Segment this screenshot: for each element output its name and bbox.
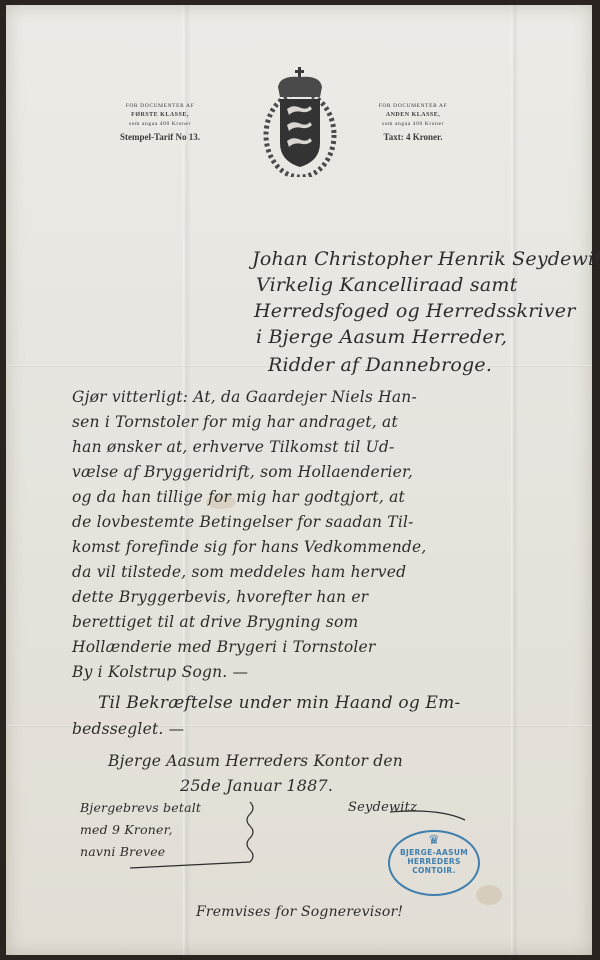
body-line: dette Bryggerbevis, hvorefter han er bbox=[72, 588, 368, 606]
seal-line: BJERGE-AASUM bbox=[390, 848, 478, 857]
official-seal-stamp: ♛ BJERGE-AASUM HERREDERS CONTOIR. bbox=[388, 830, 480, 896]
title-line: i Bjerge Aasum Herreder, bbox=[256, 326, 507, 348]
stamp-left-class: FØRSTE KLASSE, bbox=[110, 111, 210, 120]
title-line: Virkelig Kancelliraad samt bbox=[256, 274, 517, 296]
body-line: Gjør vitterligt: At, da Gaardejer Niels … bbox=[72, 388, 417, 406]
stamp-tax: Taxt: 4 Kroner. bbox=[358, 129, 468, 145]
title-line: Ridder af Dannebroge. bbox=[268, 354, 492, 376]
danish-coat-of-arms-icon bbox=[260, 65, 340, 177]
stamp-header-left: FOR DOCUMENTER AF FØRSTE KLASSE, som ang… bbox=[110, 102, 210, 145]
stamp-left-line1: FOR DOCUMENTER AF bbox=[110, 102, 210, 111]
stamp-right-class: ANDEN KLASSE, bbox=[358, 111, 468, 120]
seal-line: HERREDERS bbox=[390, 857, 478, 866]
title-line: Johan Christopher Henrik Seydewitz bbox=[252, 248, 600, 270]
body-line: og da han tillige for mig har godtgjort,… bbox=[72, 488, 405, 506]
stamp-right-line1: FOR DOCUMENTER AF bbox=[358, 102, 468, 111]
body-line: vælse af Bryggeridrift, som Hollaenderie… bbox=[72, 463, 413, 481]
body-line: da vil tilstede, som meddeles ham herved bbox=[72, 563, 406, 581]
title-line: Herredsfoged og Herredsskriver bbox=[254, 300, 575, 322]
seal-line: CONTOIR. bbox=[390, 866, 478, 875]
body-line: de lovbestemte Betingelser for saadan Ti… bbox=[72, 513, 414, 531]
attestation-line: bedsseglet. — bbox=[72, 720, 184, 738]
body-line: sen i Tornstoler for mig har andraget, a… bbox=[72, 413, 398, 431]
body-line: komst forefinde sig for hans Vedkommende… bbox=[72, 538, 427, 556]
stamp-header-right: FOR DOCUMENTER AF ANDEN KLASSE, som anga… bbox=[358, 102, 468, 145]
signature-flourish bbox=[340, 806, 470, 826]
stamp-left-line3: som angaa 400 Kroner bbox=[110, 120, 210, 129]
body-line: han ønsker at, erhverve Tilkomst til Ud- bbox=[72, 438, 394, 456]
picture-frame: FOR DOCUMENTER AF FØRSTE KLASSE, som ang… bbox=[0, 0, 600, 960]
fee-note-bracket bbox=[120, 800, 260, 870]
attestation-line: Til Bekræftelse under min Haand og Em- bbox=[98, 693, 460, 713]
stamp-tarif: Stempel-Tarif No 13. bbox=[110, 129, 210, 145]
place-line: Bjerge Aasum Herreders Kontor den bbox=[108, 752, 403, 770]
body-line: berettiget til at drive Brygning som bbox=[72, 613, 358, 631]
footer-note: Fremvises for Sognerevisor! bbox=[196, 904, 403, 920]
body-line: Hollænderie med Brygeri i Tornstoler bbox=[72, 638, 376, 656]
crown-icon: ♛ bbox=[390, 834, 478, 848]
date-line: 25de Januar 1887. bbox=[180, 776, 333, 795]
paper-stain bbox=[476, 885, 502, 905]
stamp-right-line3: som angaa 400 Kroner bbox=[358, 120, 468, 129]
body-line: By i Kolstrup Sogn. — bbox=[72, 663, 248, 681]
